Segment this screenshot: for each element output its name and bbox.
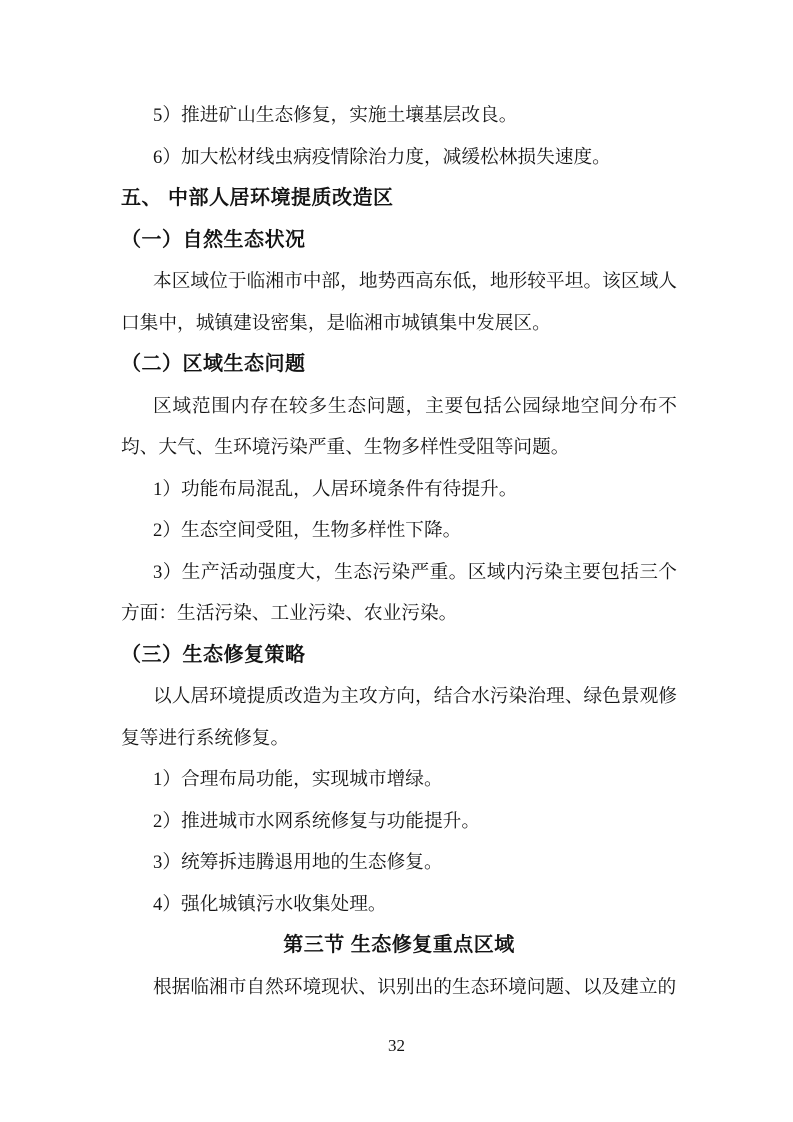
region-heading: 五、 中部人居环境提质改造区 [121, 178, 677, 220]
numbered-item: 4）强化城镇污水收集处理。 [121, 884, 677, 926]
subsection-heading: （二）区域生态问题 [121, 344, 677, 386]
numbered-item: 5）推进矿山生态修复，实施土壤基层改良。 [121, 95, 677, 137]
section-title: 第三节 生态修复重点区域 [121, 925, 677, 967]
numbered-item: 2）生态空间受阻，生物多样性下降。 [121, 510, 677, 552]
body-paragraph: 根据临湘市自然环境现状、识别出的生态环境问题、以及建立的 [121, 967, 677, 1009]
body-paragraph: 以人居环境提质改造为主攻方向，结合水污染治理、绿色景观修复等进行系统修复。 [121, 676, 677, 759]
body-paragraph: 区域范围内存在较多生态问题，主要包括公园绿地空间分布不均、大气、生环境污染严重、… [121, 386, 677, 469]
numbered-item: 3）统筹拆违腾退用地的生态修复。 [121, 842, 677, 884]
numbered-item: 1）合理布局功能，实现城市增绿。 [121, 759, 677, 801]
page-number: 32 [388, 1036, 405, 1055]
page-footer: 32 [0, 1035, 793, 1057]
document-page: 5）推进矿山生态修复，实施土壤基层改良。 6）加大松材线虫病疫情除治力度，减缓松… [0, 0, 793, 1122]
body-paragraph: 本区域位于临湘市中部，地势西高东低，地形较平坦。该区域人口集中，城镇建设密集，是… [121, 261, 677, 344]
numbered-item: 2）推进城市水网系统修复与功能提升。 [121, 801, 677, 843]
subsection-heading: （三）生态修复策略 [121, 635, 677, 677]
document-body: 5）推进矿山生态修复，实施土壤基层改良。 6）加大松材线虫病疫情除治力度，减缓松… [121, 95, 677, 1008]
subsection-heading: （一）自然生态状况 [121, 220, 677, 262]
numbered-item: 1）功能布局混乱，人居环境条件有待提升。 [121, 469, 677, 511]
numbered-item: 6）加大松材线虫病疫情除治力度，减缓松林损失速度。 [121, 137, 677, 179]
numbered-item: 3）生产活动强度大，生态污染严重。区域内污染主要包括三个方面：生活污染、工业污染… [121, 552, 677, 635]
